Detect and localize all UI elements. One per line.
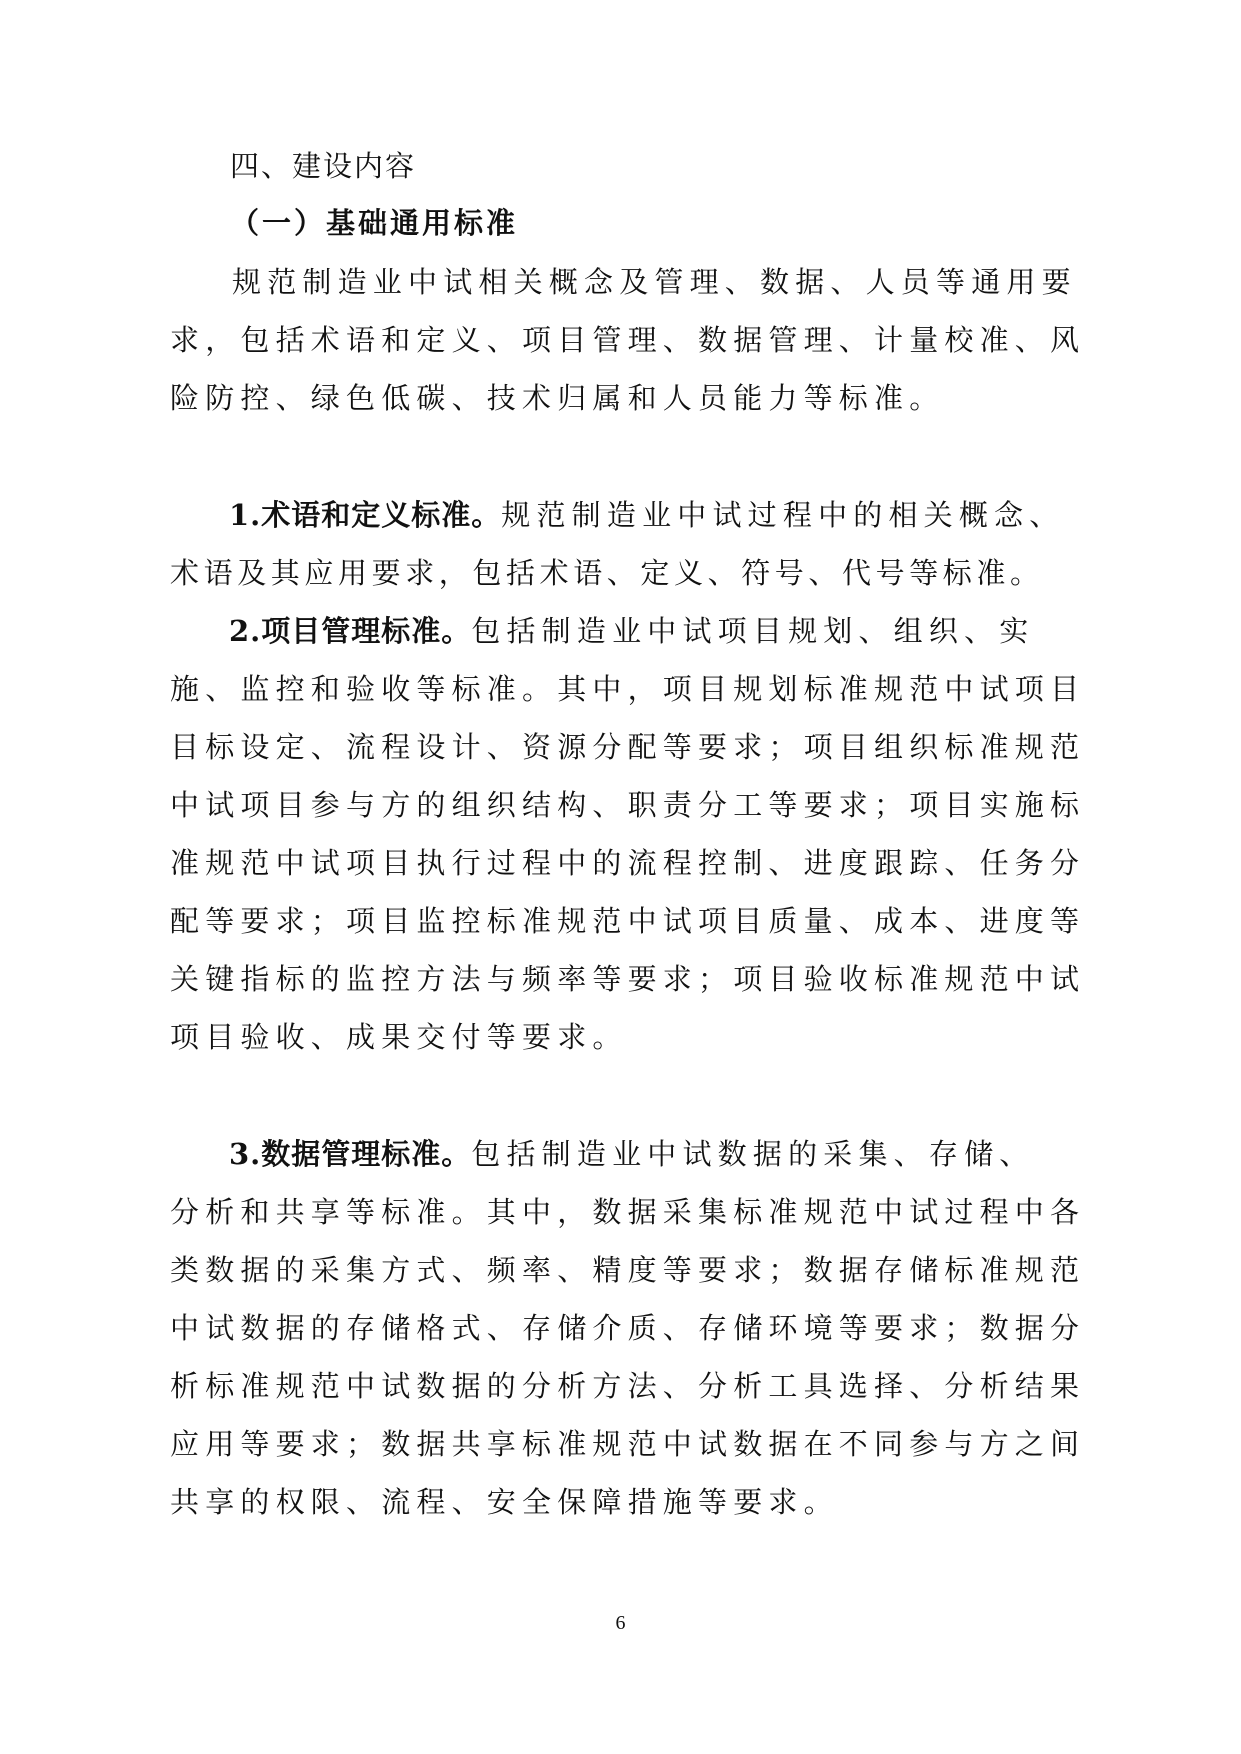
paragraph-line: 分析和共享等标准。其中，数据采集标准规范中试过程中各 xyxy=(170,1192,1032,1232)
subsection-heading: （一）基础通用标准 xyxy=(230,203,1092,243)
item-text: 包括制造业中试数据的采集、存储、 xyxy=(471,1137,1034,1171)
paragraph-line: 关键指标的监控方法与频率等要求；项目验收标准规范中试 xyxy=(170,959,1032,999)
page-number: 6 xyxy=(0,1612,1241,1635)
paragraph-line: 类数据的采集方式、频率、精度等要求；数据存储标准规范 xyxy=(170,1250,1032,1290)
section-heading: 四、建设内容 xyxy=(230,146,1092,186)
paragraph-line: 应用等要求；数据共享标准规范中试数据在不同参与方之间 xyxy=(170,1424,1032,1464)
paragraph-line: 中试项目参与方的组织结构、职责分工等要求；项目实施标 xyxy=(170,785,1032,825)
item-text: 包括制造业中试项目规划、组织、实 xyxy=(471,614,1034,648)
paragraph-line: 3.数据管理标准。包括制造业中试数据的采集、存储、 xyxy=(229,1134,1091,1174)
paragraph-line: 求，包括术语和定义、项目管理、数据管理、计量校准、风 xyxy=(170,320,1032,360)
paragraph-line: 规范制造业中试相关概念及管理、数据、人员等通用要 xyxy=(232,262,1094,302)
paragraph-line: 1.术语和定义标准。规范制造业中试过程中的相关概念、 xyxy=(229,495,1091,535)
item-text: 规范制造业中试过程中的相关概念、 xyxy=(501,498,1064,532)
paragraph-line: 目标设定、流程设计、资源分配等要求；项目组织标准规范 xyxy=(170,727,1032,767)
paragraph-line: 2.项目管理标准。包括制造业中试项目规划、组织、实 xyxy=(229,611,1091,651)
paragraph-line: 施、监控和验收等标准。其中，项目规划标准规范中试项目 xyxy=(170,669,1032,709)
paragraph-line: 项目验收、成果交付等要求。 xyxy=(170,1017,1032,1057)
paragraph-line: 险防控、绿色低碳、技术归属和人员能力等标准。 xyxy=(170,378,1032,418)
paragraph-line: 准规范中试项目执行过程中的流程控制、进度跟踪、任务分 xyxy=(170,843,1032,883)
paragraph-line: 术语及其应用要求，包括术语、定义、符号、代号等标准。 xyxy=(170,553,1032,593)
document-page: 四、建设内容 （一）基础通用标准 规范制造业中试相关概念及管理、数据、人员等通用… xyxy=(0,0,1241,1754)
item-title: 3.数据管理标准。 xyxy=(229,1137,471,1171)
paragraph-line: 析标准规范中试数据的分析方法、分析工具选择、分析结果 xyxy=(170,1366,1032,1406)
paragraph-line: 共享的权限、流程、安全保障措施等要求。 xyxy=(170,1482,1032,1522)
item-title: 2.项目管理标准。 xyxy=(229,614,471,648)
item-title: 1.术语和定义标准。 xyxy=(229,498,501,532)
paragraph-line: 中试数据的存储格式、存储介质、存储环境等要求；数据分 xyxy=(170,1308,1032,1348)
paragraph-line: 配等要求；项目监控标准规范中试项目质量、成本、进度等 xyxy=(170,901,1032,941)
